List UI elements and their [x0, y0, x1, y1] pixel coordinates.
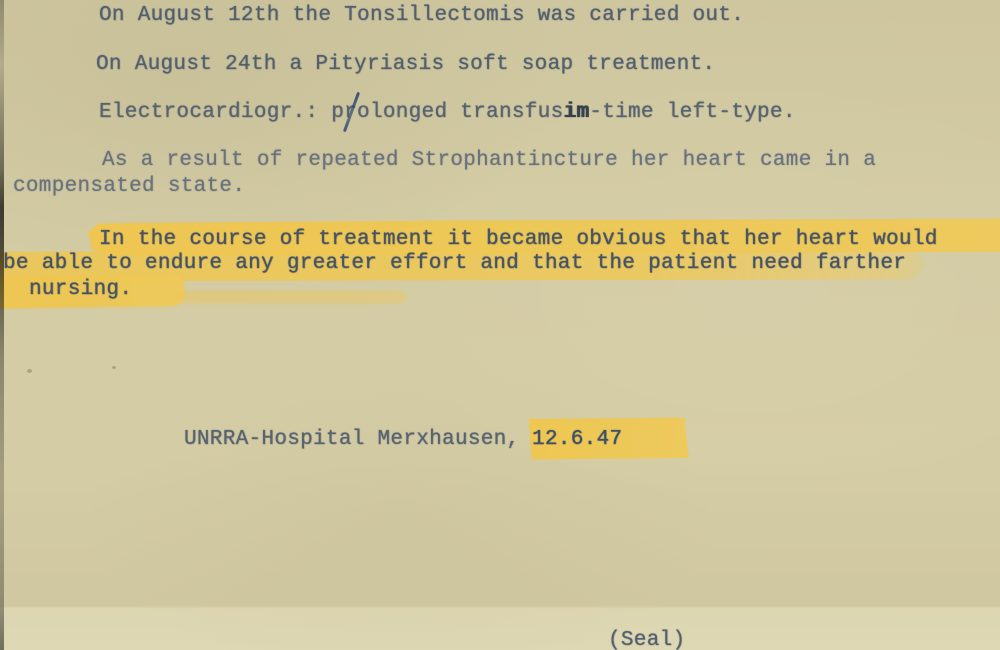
paragraph-strophantin-line2: compensated state.	[13, 174, 245, 199]
seal-label: (Seal)	[608, 628, 685, 650]
paper-speck	[112, 366, 116, 369]
paragraph-highlighted-line1: In the course of treatment it became obv…	[99, 227, 938, 252]
paragraph-tonsillectomy: On August 12th the Tonsillectomis was ca…	[99, 3, 744, 28]
paragraph-highlighted-line3: nursing.	[29, 277, 132, 302]
highlight-mark-smudge	[178, 291, 406, 303]
paper-speck	[27, 369, 32, 373]
paragraph-highlighted-line2: be able to endure any greater effort and…	[3, 251, 906, 276]
ecg-overstruck-letters: im	[563, 101, 589, 124]
paragraph-electrocardiogram: Electrocardiogr.: prolonged transfusim-t…	[99, 100, 796, 125]
paper-texture	[0, 0, 1000, 650]
paragraph-pityriasis: On August 24th a Pityriasis soft soap tr…	[96, 52, 715, 77]
ecg-text-segment-end: -time left-type.	[589, 101, 795, 124]
signoff-place: UNRRA-Hospital Merxhausen,	[184, 427, 519, 452]
scan-edge-shadow	[0, 0, 4, 650]
ecg-text-segment: Electrocardiogr.: prolonged transfus	[99, 101, 563, 124]
paragraph-strophantin-line1: As a result of repeated Strophantincture…	[102, 148, 876, 173]
signoff-date: 12.6.47	[532, 427, 622, 452]
scanned-document-page: On August 12th the Tonsillectomis was ca…	[0, 0, 1000, 650]
